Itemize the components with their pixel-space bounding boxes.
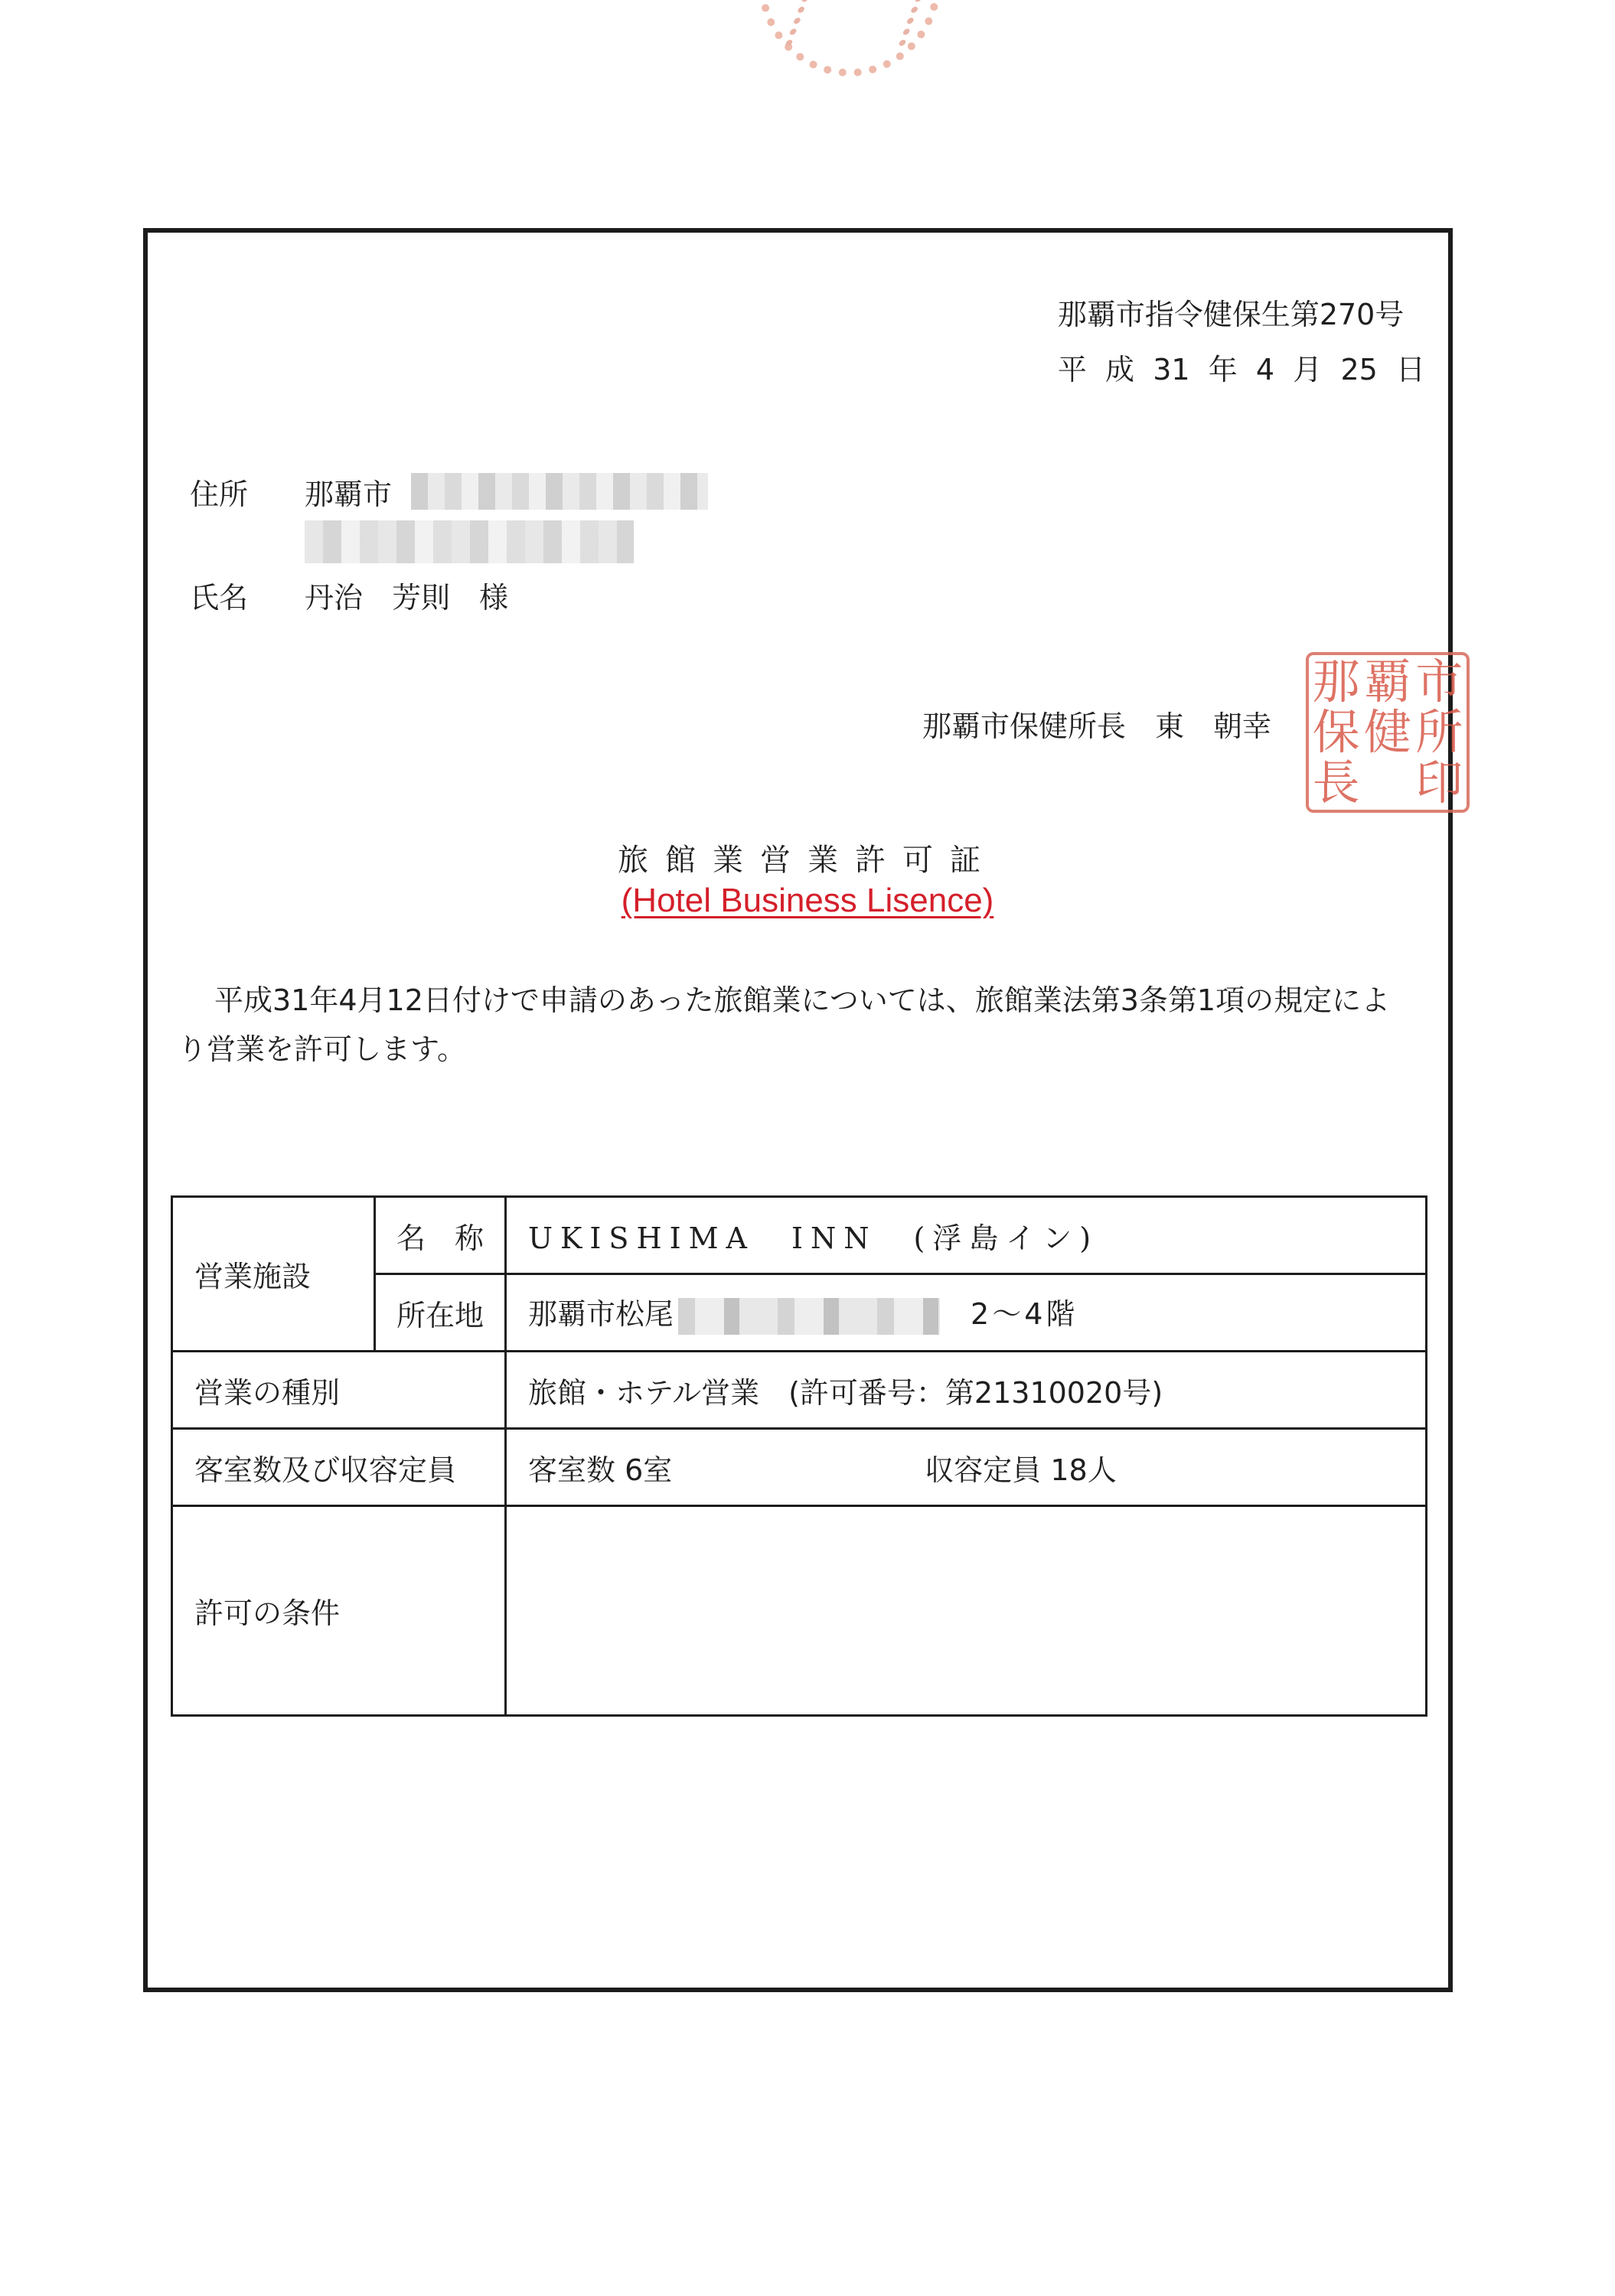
date-day-unit: 日: [1396, 342, 1425, 397]
location-redaction: [678, 1298, 940, 1335]
conditions-value: [506, 1506, 1427, 1716]
date-year-unit: 年: [1209, 342, 1238, 397]
seal-char: 那: [1310, 657, 1362, 707]
date-era-1: 平: [1058, 342, 1087, 397]
issuer-name: 那覇市保健所長 東 朝幸: [922, 703, 1271, 745]
table-row: 客室数及び収容定員 客室数 6室収容定員 18人: [172, 1429, 1427, 1506]
date-year: 31: [1153, 342, 1189, 397]
document-title: 旅館業営業許可証: [0, 836, 1615, 879]
date-month-unit: 月: [1293, 342, 1322, 397]
rooms-capacity-value: 客室数 6室収容定員 18人: [506, 1429, 1427, 1506]
address-label: 住所: [190, 471, 248, 513]
seal-impression-top: [758, 0, 941, 77]
location-text: 那覇市松尾: [528, 1297, 674, 1331]
location-value: 那覇市松尾2～4階: [506, 1274, 1427, 1352]
issue-date: 平 成 31 年 4 月 25 日: [1058, 342, 1425, 397]
seal-char: 印: [1414, 758, 1465, 808]
seal-char: 覇: [1362, 657, 1413, 707]
rooms-capacity-label: 客室数及び収容定員: [172, 1429, 506, 1506]
business-type-label: 営業の種別: [172, 1352, 506, 1429]
room-count: 客室数 6室: [528, 1453, 672, 1487]
seal-char: 保: [1310, 707, 1362, 758]
facility-name-value: UKISHIMA INN (浮島イン): [506, 1197, 1427, 1274]
permit-statement: 平成31年4月12日付けで申請のあった旅館業については、旅館業法第3条第1項の規…: [178, 976, 1418, 1074]
address-redaction-line2: [305, 520, 634, 563]
permit-details-table: 営業施設 名 称 UKISHIMA INN (浮島イン) 所在地 那覇市松尾2～…: [171, 1195, 1427, 1717]
facility-label: 営業施設: [172, 1197, 375, 1352]
name-label: 氏名: [190, 574, 248, 616]
facility-name-label: 名 称: [375, 1197, 506, 1274]
seal-char: 健: [1362, 707, 1413, 758]
name-value: 丹治 芳則 様: [305, 574, 508, 616]
date-month: 4: [1256, 342, 1274, 397]
table-row: 営業施設 名 称 UKISHIMA INN (浮島イン): [172, 1197, 1427, 1274]
table-row: 許可の条件: [172, 1506, 1427, 1716]
location-label: 所在地: [375, 1274, 506, 1352]
location-floors: 2～4階: [971, 1297, 1078, 1331]
business-type-value: 旅館・ホテル営業 (許可番号：第21310020号): [506, 1352, 1427, 1429]
date-era-2: 成: [1105, 342, 1134, 397]
seal-char: 長: [1310, 758, 1362, 808]
guest-capacity: 収容定員 18人: [925, 1453, 1116, 1487]
address-redaction: [411, 473, 708, 510]
facility-name-text: UKISHIMA INN (浮島イン): [528, 1221, 1098, 1255]
conditions-label: 許可の条件: [172, 1506, 506, 1716]
table-row: 営業の種別 旅館・ホテル営業 (許可番号：第21310020号): [172, 1352, 1427, 1429]
reference-block: 那覇市指令健保生第270号 平 成 31 年 4 月 25 日: [1058, 287, 1425, 397]
document-title-english: (Hotel Business Lisence): [0, 882, 1615, 920]
date-day: 25: [1340, 342, 1377, 397]
official-seal: 那 覇 市 保 健 所 長 印: [1306, 652, 1470, 813]
address-value: 那覇市: [305, 471, 392, 513]
seal-char: 所: [1414, 707, 1465, 758]
seal-char: 市: [1414, 657, 1465, 707]
reference-number: 那覇市指令健保生第270号: [1058, 287, 1425, 342]
